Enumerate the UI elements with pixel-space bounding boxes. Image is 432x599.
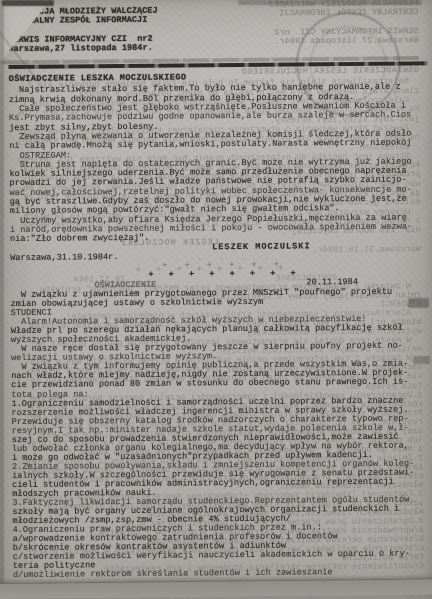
ink-smudge xyxy=(408,298,429,308)
ink-smudge xyxy=(2,0,54,6)
bulletin-header: FEDERACJA MŁODZIEŻY WALCZĄCEJ CENTRALNY … xyxy=(8,4,427,54)
statement1-body: Najstraszliwsze stało się faktem.To było… xyxy=(9,83,429,245)
statement2-date: 20.11.1984 xyxy=(306,278,358,288)
ink-smudge xyxy=(413,356,430,364)
org-name-line2: CENTRALNY ZESPÓŁ INFORMACJI xyxy=(8,14,427,27)
ink-smudge xyxy=(238,0,422,5)
scanned-document-page: FEDERACJA MŁODZIEŻY WALCZĄCEJ CENTRALNY … xyxy=(0,0,432,599)
divider-rule xyxy=(8,62,427,70)
typewritten-content: FEDERACJA MŁODZIEŻY WALCZĄCEJ CENTRALNY … xyxy=(8,4,432,580)
bulletin-dateline: Warszawa,27 listopada 1984r. xyxy=(8,41,427,54)
scan-edge-shadow xyxy=(0,0,4,599)
scan-background-edge xyxy=(0,578,432,599)
statement2-title: OŚWIADCZENIE xyxy=(94,279,156,290)
fold-crease-line xyxy=(0,0,38,81)
page-fold-corner xyxy=(0,0,56,78)
statement2-body: W związku z ujawnieniem przygotowanego p… xyxy=(10,287,432,580)
